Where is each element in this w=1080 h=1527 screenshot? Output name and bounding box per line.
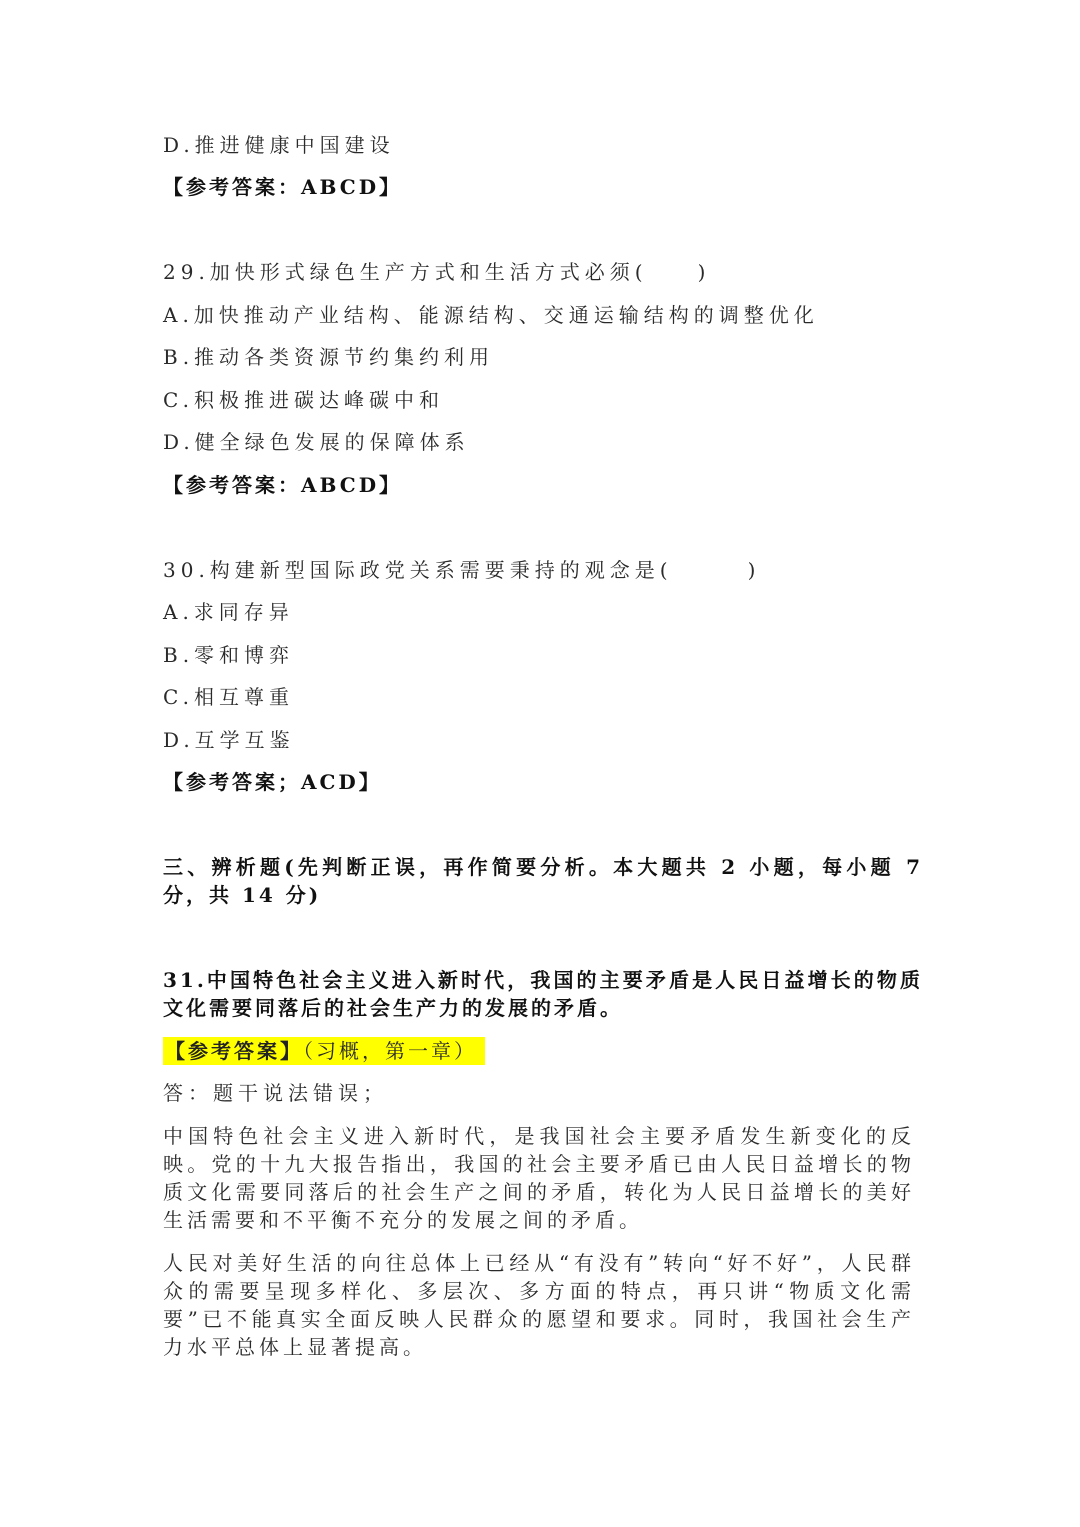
q30-option-c: C.相互尊重 — [163, 683, 294, 711]
q31-verdict: 答：题干说法错误； — [163, 1079, 388, 1107]
q30-stem: 30.构建新型国际政党关系需要秉持的观念是( ) — [163, 556, 760, 584]
q28-answer: 【参考答案：ABCD】 — [163, 173, 402, 201]
q29-answer: 【参考答案：ABCD】 — [163, 471, 402, 499]
q31-answer-header: 【参考答案】（习概，第一章） — [163, 1037, 485, 1065]
q29-option-a: A.加快推动产业结构、能源结构、交通运输结构的调整优化 — [163, 301, 819, 329]
q29-option-c: C.积极推进碳达峰碳中和 — [163, 386, 444, 414]
q29-option-b: B.推动各类资源节约集约利用 — [163, 343, 494, 371]
q31-paragraph-2: 人民对美好生活的向往总体上已经从“有没有”转向“好不好”，人民群众的需要呈现多样… — [163, 1249, 915, 1361]
q29-option-d: D.健全绿色发展的保障体系 — [163, 428, 470, 456]
q30-option-b: B.零和博弈 — [163, 641, 294, 669]
highlight: 【参考答案】（习概，第一章） — [163, 1037, 485, 1065]
q30-answer: 【参考答案；ACD】 — [163, 768, 382, 796]
q31-paragraph-1: 中国特色社会主义进入新时代，是我国社会主要矛盾发生新变化的反映。党的十九大报告指… — [163, 1122, 915, 1234]
q28-option-d: D.推进健康中国建设 — [163, 131, 395, 159]
section-3-heading: 三、辨析题(先判断正误，再作简要分析。本大题共 2 小题，每小题 7 分，共 1… — [163, 853, 923, 909]
q31-answer-label: 【参考答案】 — [165, 1039, 303, 1063]
q29-stem: 29.加快形式绿色生产方式和生活方式必须( ) — [163, 258, 710, 286]
document-page: D.推进健康中国建设 【参考答案：ABCD】 29.加快形式绿色生产方式和生活方… — [0, 0, 1080, 1527]
q31-answer-source: （习概，第一章） — [303, 1039, 477, 1063]
q31-stem: 31.中国特色社会主义进入新时代，我国的主要矛盾是人民日益增长的物质文化需要同落… — [163, 966, 923, 1022]
q30-option-a: A.求同存异 — [163, 598, 294, 626]
q30-option-d: D.互学互鉴 — [163, 726, 295, 754]
